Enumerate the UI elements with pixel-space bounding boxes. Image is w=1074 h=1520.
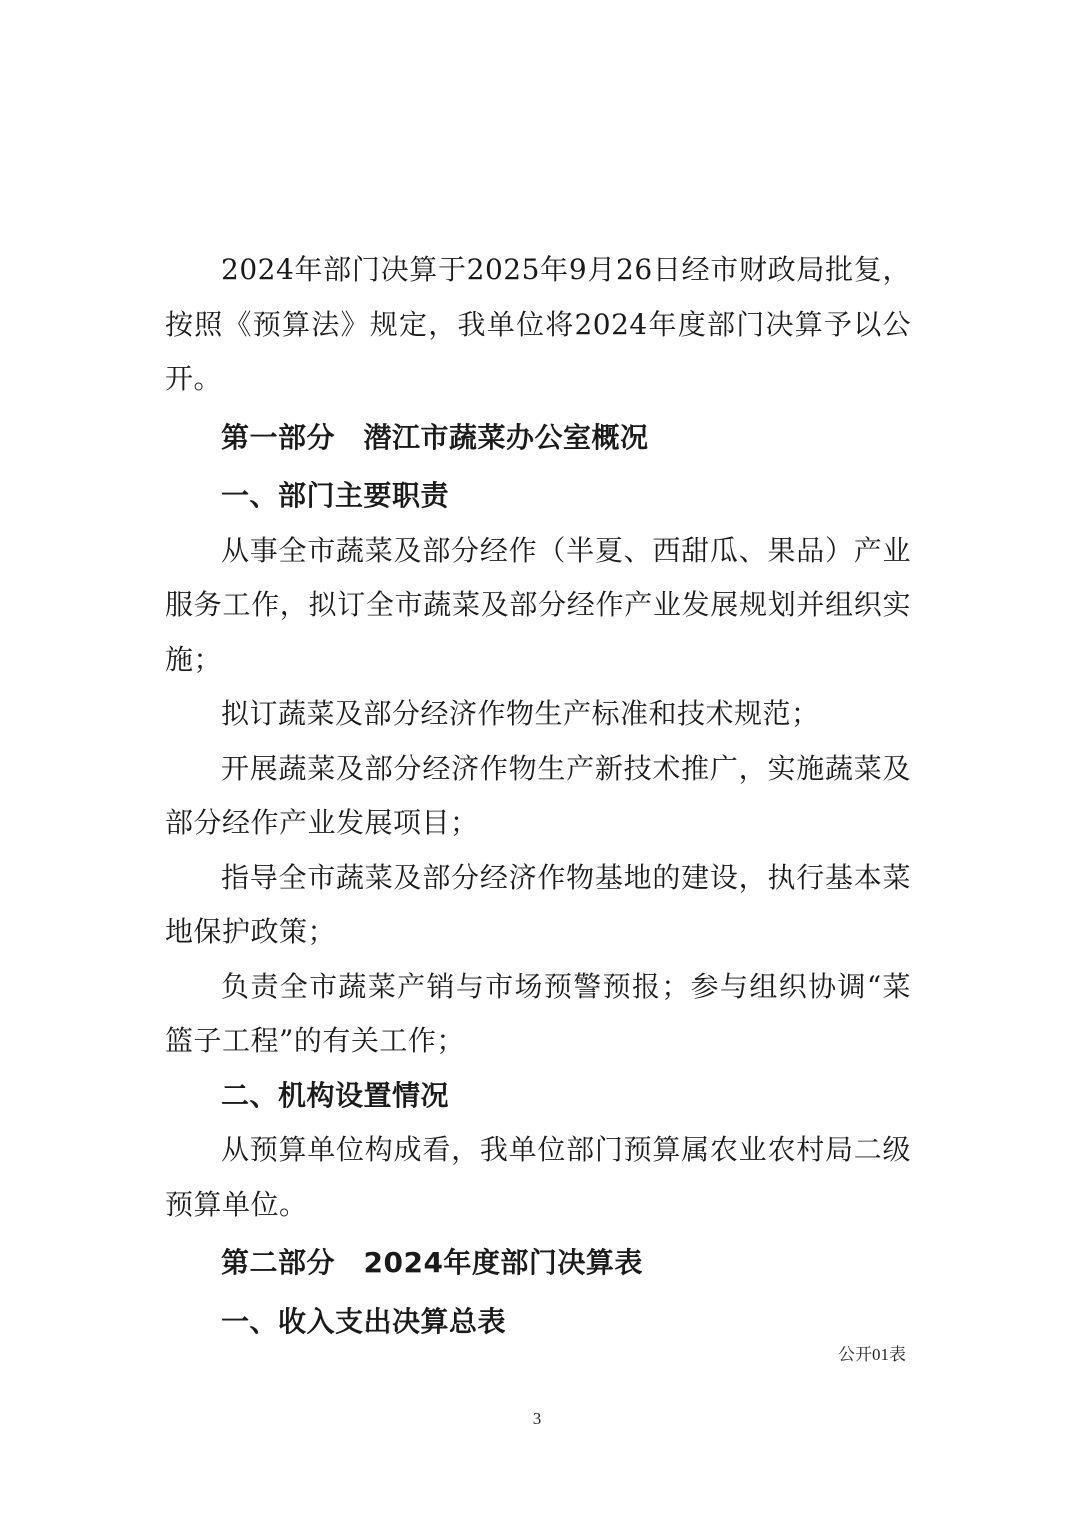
duty-item: 指导全市蔬菜及部分经济作物基地的建设，执行基本菜地保护政策； [165,851,911,960]
part1-title: 第一部分 潜江市蔬菜办公室概况 [165,411,911,466]
duty-item: 开展蔬菜及部分经济作物生产新技术推广，实施蔬菜及部分经作产业发展项目； [165,742,911,851]
section-summary-table-title: 一、收入支出决算总表 [165,1295,911,1350]
page-number: 3 [0,1409,1074,1429]
duty-item: 拟订蔬菜及部分经济作物生产标准和技术规范； [165,687,911,742]
intro-paragraph: 2024年部门决算于2025年9月26日经市财政局批复，按照《预算法》规定，我单… [165,243,911,407]
org-paragraph: 从预算单位构成看，我单位部门预算属农业农村局二级预算单位。 [165,1123,911,1232]
duty-item: 从事全市蔬菜及部分经作（半夏、西甜瓜、果品）产业服务工作，拟订全市蔬菜及部分经作… [165,524,911,688]
section-org-title: 二、机构设置情况 [165,1069,911,1124]
section-duties-title: 一、部门主要职责 [165,469,911,524]
document-body: 2024年部门决算于2025年9月26日经市财政局批复，按照《预算法》规定，我单… [165,243,911,1349]
part2-title: 第二部分 2024年度部门决算表 [165,1236,911,1291]
duty-item: 负责全市蔬菜产销与市场预警预报；参与组织协调“菜篮子工程”的有关工作； [165,960,911,1069]
table-label: 公开01表 [838,1340,906,1365]
